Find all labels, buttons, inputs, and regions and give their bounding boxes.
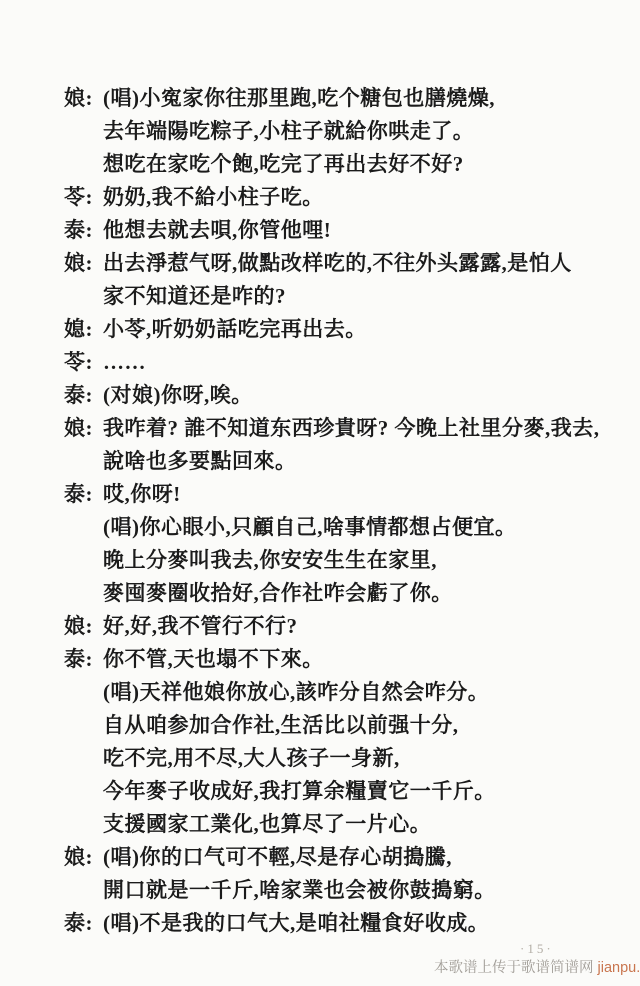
dialogue-line: (唱)你心眼小,只顧自己,啥事情都想占便宜。	[103, 511, 620, 544]
line-text: 好,好,我不管行不行?	[103, 614, 298, 638]
dialogue-line: 泰:(唱)不是我的口气大,是咱社糧食好收成。	[103, 907, 620, 940]
line-text: (唱)你心眼小,只顧自己,啥事情都想占便宜。	[103, 515, 517, 539]
dialogue-line: 家不知道还是咋的?	[103, 280, 620, 313]
line-text: 想吃在家吃个飽,吃完了再出去好不好?	[103, 152, 464, 176]
dialogue-entry: 泰:你不管,天也塌不下來。 (唱)天祥他娘你放心,該咋分自然会咋分。 自从咱参加…	[64, 643, 620, 841]
speaker-label: 泰:	[64, 907, 103, 940]
dialogue-entry: 娘:(唱)小寃家你往那里跑,吃个糖包也膳燒燥, 去年端陽吃粽子,小柱子就給你哄走…	[64, 82, 620, 181]
dialogue-entry: 泰:哎,你呀! (唱)你心眼小,只顧自己,啥事情都想占便宜。 晚上分麥叫我去,你…	[64, 478, 620, 610]
speaker-colon: :	[86, 647, 94, 671]
speaker-colon: :	[86, 845, 94, 869]
dialogue-line: 娘:好,好,我不管行不行?	[103, 610, 620, 643]
speaker-colon: :	[86, 482, 94, 506]
line-text: 奶奶,我不給小柱子吃。	[103, 185, 324, 209]
dialogue-line: 說啥也多要點回來。	[103, 445, 620, 478]
dialogue-line: 去年端陽吃粽子,小柱子就給你哄走了。	[103, 115, 620, 148]
dialogue-line: 泰:他想去就去唄,你管他哩!	[103, 214, 620, 247]
dialogue-line: 泰:哎,你呀!	[103, 478, 620, 511]
speaker-label: 娘:	[64, 412, 103, 445]
speaker-colon: :	[86, 416, 94, 440]
dialogue-line: 娘:(唱)你的口气可不輕,尽是存心胡搗騰,	[103, 841, 620, 874]
dialogue-entry: 娘:(唱)你的口气可不輕,尽是存心胡搗騰, 開口就是一千斤,啥家業也会被你鼓搗窮…	[64, 841, 620, 907]
speaker-colon: :	[86, 218, 94, 242]
speaker-colon: :	[86, 614, 94, 638]
dialogue-block: 娘:(唱)小寃家你往那里跑,吃个糖包也膳燒燥, 去年端陽吃粽子,小柱子就給你哄走…	[64, 82, 620, 940]
line-text: 哎,你呀!	[103, 482, 181, 506]
line-text: 他想去就去唄,你管他哩!	[103, 218, 331, 242]
speaker-label: 娘:	[64, 841, 103, 874]
line-text: (唱)不是我的口气大,是咱社糧食好收成。	[103, 911, 489, 935]
dialogue-entry: 苓:……	[64, 346, 620, 379]
dialogue-line: 支援國家工業化,也算尽了一片心。	[103, 808, 620, 841]
speaker-colon: :	[86, 185, 94, 209]
speaker-label: 娘:	[64, 247, 103, 280]
line-text: 出去淨惹气呀,做點改样吃的,不往外头露露,是怕人	[103, 251, 572, 275]
line-text: 自从咱参加合作社,生活比以前强十分,	[103, 713, 459, 737]
speaker-label: 苓:	[64, 346, 103, 379]
speaker-colon: :	[86, 251, 94, 275]
watermark-text: 本歌谱上传于歌谱简谱网	[434, 960, 598, 976]
dialogue-line: 泰:(对娘)你呀,唉。	[103, 379, 620, 412]
dialogue-line: 媳:小苓,听奶奶話吃完再出去。	[103, 313, 620, 346]
dialogue-entry: 泰:(对娘)你呀,唉。	[64, 379, 620, 412]
dialogue-entry: 娘:好,好,我不管行不行?	[64, 610, 620, 643]
line-text: 去年端陽吃粽子,小柱子就給你哄走了。	[103, 119, 474, 143]
speaker-label: 泰:	[64, 478, 103, 511]
watermark: 本歌谱上传于歌谱简谱网 jianpu.cn	[434, 956, 640, 977]
line-text: (唱)小寃家你往那里跑,吃个糖包也膳燒燥,	[103, 86, 495, 110]
dialogue-entry: 媳:小苓,听奶奶話吃完再出去。	[64, 313, 620, 346]
dialogue-line: 想吃在家吃个飽,吃完了再出去好不好?	[103, 148, 620, 181]
speaker-label: 娘:	[64, 610, 103, 643]
dialogue-line: 苓:奶奶,我不給小柱子吃。	[103, 181, 620, 214]
speaker-colon: :	[86, 350, 94, 374]
line-text: 小苓,听奶奶話吃完再出去。	[103, 317, 367, 341]
dialogue-line: 娘:(唱)小寃家你往那里跑,吃个糖包也膳燒燥,	[103, 82, 620, 115]
speaker-colon: :	[86, 317, 94, 341]
dialogue-entry: 娘:我咋着? 誰不知道东西珍貴呀? 今晚上社里分麥,我去, 說啥也多要點回來。	[64, 412, 620, 478]
dialogue-line: 今年麥子收成好,我打算余糧賣它一千斤。	[103, 775, 620, 808]
dialogue-entry: 娘:出去淨惹气呀,做點改样吃的,不往外头露露,是怕人 家不知道还是咋的?	[64, 247, 620, 313]
line-text: (唱)天祥他娘你放心,該咋分自然会咋分。	[103, 680, 489, 704]
dialogue-line: 苓:……	[103, 346, 620, 379]
speaker-colon: :	[86, 383, 94, 407]
line-text: 今年麥子收成好,我打算余糧賣它一千斤。	[103, 779, 496, 803]
line-text: (唱)你的口气可不輕,尽是存心胡搗騰,	[103, 845, 452, 869]
speaker-label: 娘:	[64, 82, 103, 115]
dialogue-line: 吃不完,用不尽,大人孩子一身新,	[103, 742, 620, 775]
dialogue-entry: 泰:(唱)不是我的口气大,是咱社糧食好收成。	[64, 907, 620, 940]
line-text: 說啥也多要點回來。	[103, 449, 297, 473]
line-text: 吃不完,用不尽,大人孩子一身新,	[103, 746, 400, 770]
line-text: 我咋着? 誰不知道东西珍貴呀? 今晚上社里分麥,我去,	[103, 416, 600, 440]
dialogue-line: 開口就是一千斤,啥家業也会被你鼓搗窮。	[103, 874, 620, 907]
line-text: 支援國家工業化,也算尽了一片心。	[103, 812, 431, 836]
line-text: (对娘)你呀,唉。	[103, 383, 253, 407]
line-text: 你不管,天也塌不下來。	[103, 647, 324, 671]
page-number: ·15·	[520, 941, 554, 957]
line-text: 家不知道还是咋的?	[103, 284, 286, 308]
dialogue-line: 泰:你不管,天也塌不下來。	[103, 643, 620, 676]
dialogue-line: 自从咱参加合作社,生活比以前强十分,	[103, 709, 620, 742]
speaker-label: 泰:	[64, 643, 103, 676]
dialogue-entry: 苓:奶奶,我不給小柱子吃。	[64, 181, 620, 214]
scanned-script-page: 娘:(唱)小寃家你往那里跑,吃个糖包也膳燒燥, 去年端陽吃粽子,小柱子就給你哄走…	[0, 0, 640, 986]
line-text: 晚上分麥叫我去,你安安生生在家里,	[103, 548, 437, 572]
speaker-label: 苓:	[64, 181, 103, 214]
line-text: 開口就是一千斤,啥家業也会被你鼓搗窮。	[103, 878, 496, 902]
line-text: ……	[103, 350, 146, 374]
dialogue-line: (唱)天祥他娘你放心,該咋分自然会咋分。	[103, 676, 620, 709]
speaker-label: 泰:	[64, 214, 103, 247]
speaker-colon: :	[86, 911, 94, 935]
dialogue-line: 麥囤麥圈收拾好,合作社咋会虧了你。	[103, 577, 620, 610]
line-text: 麥囤麥圈收拾好,合作社咋会虧了你。	[103, 581, 453, 605]
watermark-site-link: jianpu.cn	[598, 960, 640, 976]
dialogue-line: 娘:我咋着? 誰不知道东西珍貴呀? 今晚上社里分麥,我去,	[103, 412, 620, 445]
speaker-colon: :	[86, 86, 94, 110]
dialogue-line: 娘:出去淨惹气呀,做點改样吃的,不往外头露露,是怕人	[103, 247, 620, 280]
speaker-label: 媳:	[64, 313, 103, 346]
dialogue-entry: 泰:他想去就去唄,你管他哩!	[64, 214, 620, 247]
speaker-label: 泰:	[64, 379, 103, 412]
dialogue-line: 晚上分麥叫我去,你安安生生在家里,	[103, 544, 620, 577]
